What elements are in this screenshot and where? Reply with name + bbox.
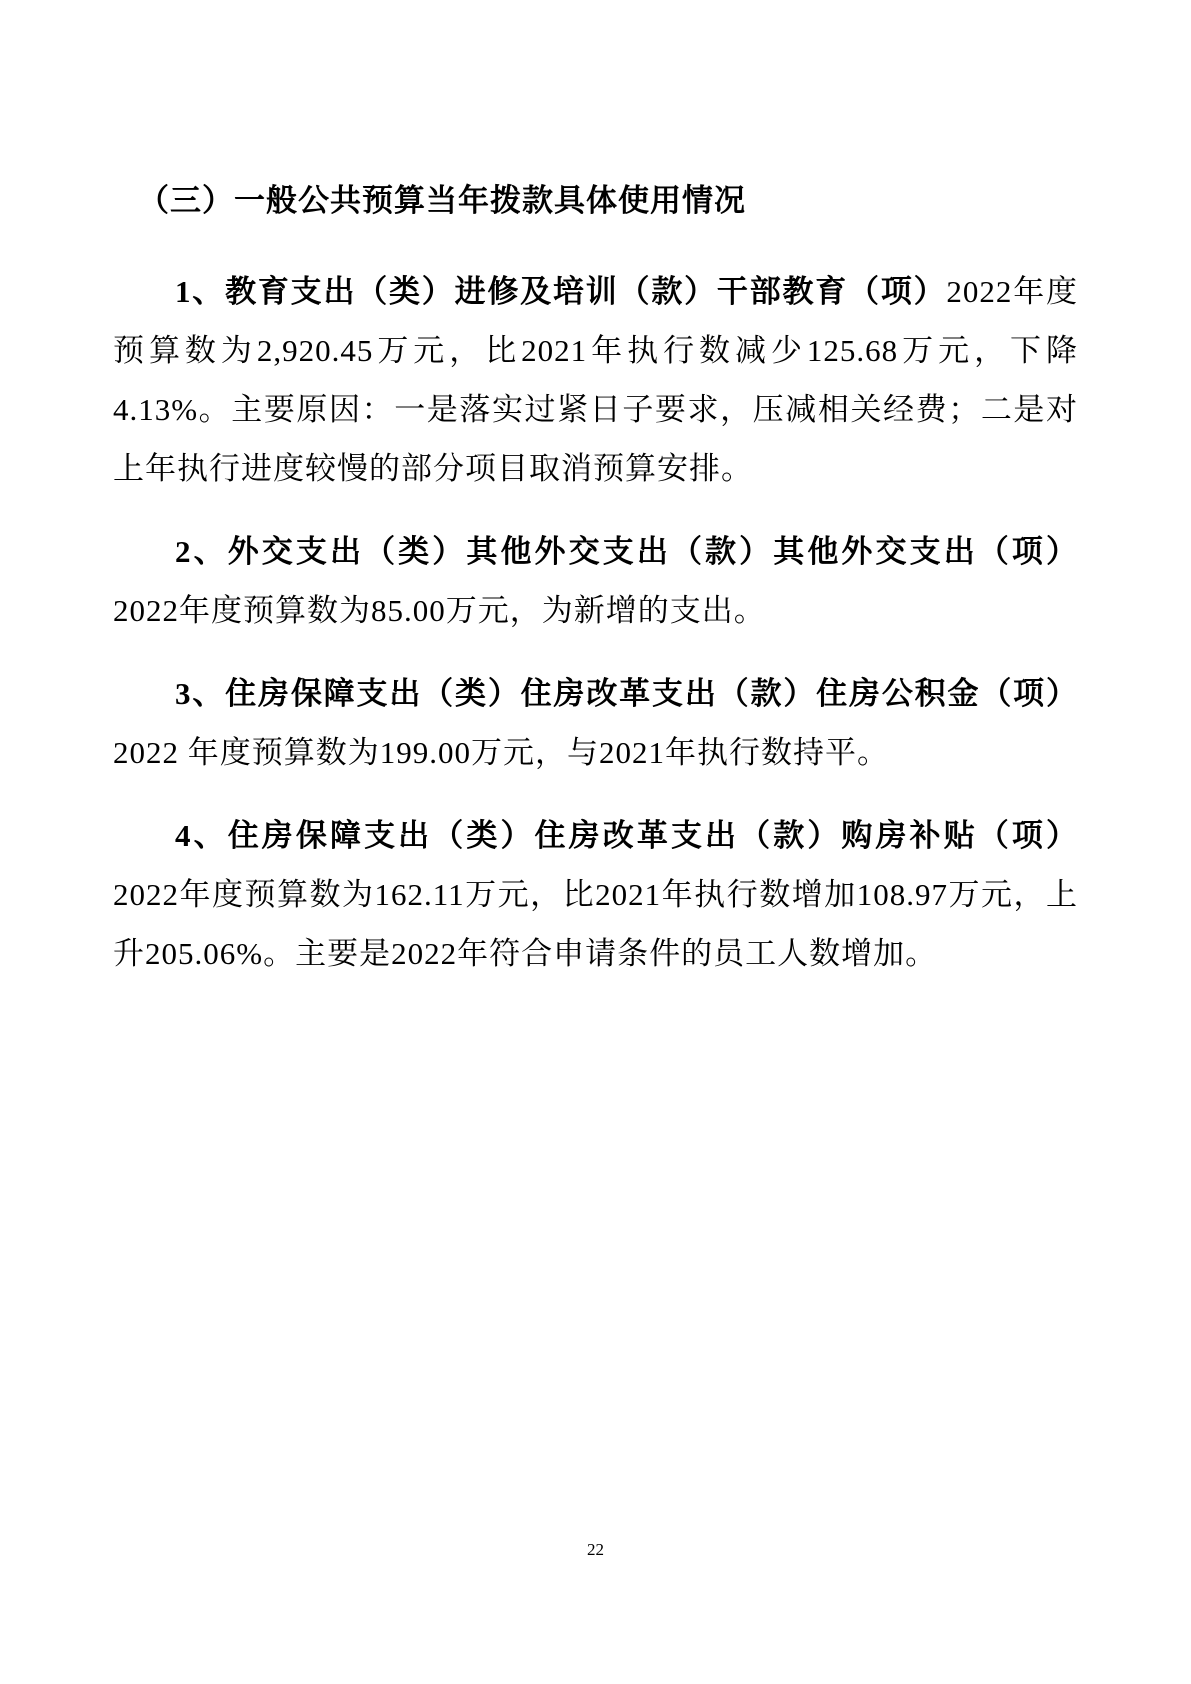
document-page: （三）一般公共预算当年拨款具体使用情况 1、教育支出（类）进修及培训（款）干部教… [0,0,1191,1684]
paragraph-body: 2022年度预算数为162.11万元，比2021年执行数增加108.97万元，上… [113,877,1078,971]
paragraph-body: 2022年度预算数为85.00万元，为新增的支出。 [113,593,766,628]
paragraph-lead: 3、住房保障支出（类）住房改革支出（款）住房公积金（项） [175,676,1078,711]
paragraph-lead: 2、外交支出（类）其他外交支出（款）其他外交支出（项） [175,534,1078,569]
paragraph-housing-subsidy: 4、住房保障支出（类）住房改革支出（款）购房补贴（项）2022年度预算数为162… [113,806,1078,983]
paragraph-lead: 4、住房保障支出（类）住房改革支出（款）购房补贴（项） [175,818,1078,853]
page-number: 22 [0,1540,1191,1560]
paragraph-lead: 1、教育支出（类）进修及培训（款）干部教育（项） [175,274,946,309]
paragraph-diplomacy-spending: 2、外交支出（类）其他外交支出（款）其他外交支出（项）2022年度预算数为85.… [113,522,1078,640]
document-content: （三）一般公共预算当年拨款具体使用情况 1、教育支出（类）进修及培训（款）干部教… [113,180,1078,1007]
section-heading: （三）一般公共预算当年拨款具体使用情况 [113,180,1078,222]
paragraph-housing-fund: 3、住房保障支出（类）住房改革支出（款）住房公积金（项）2022 年度预算数为1… [113,664,1078,782]
paragraph-education-spending: 1、教育支出（类）进修及培训（款）干部教育（项）2022年度预算数为2,920.… [113,262,1078,498]
paragraph-body: 2022 年度预算数为199.00万元，与2021年执行数持平。 [113,735,889,770]
